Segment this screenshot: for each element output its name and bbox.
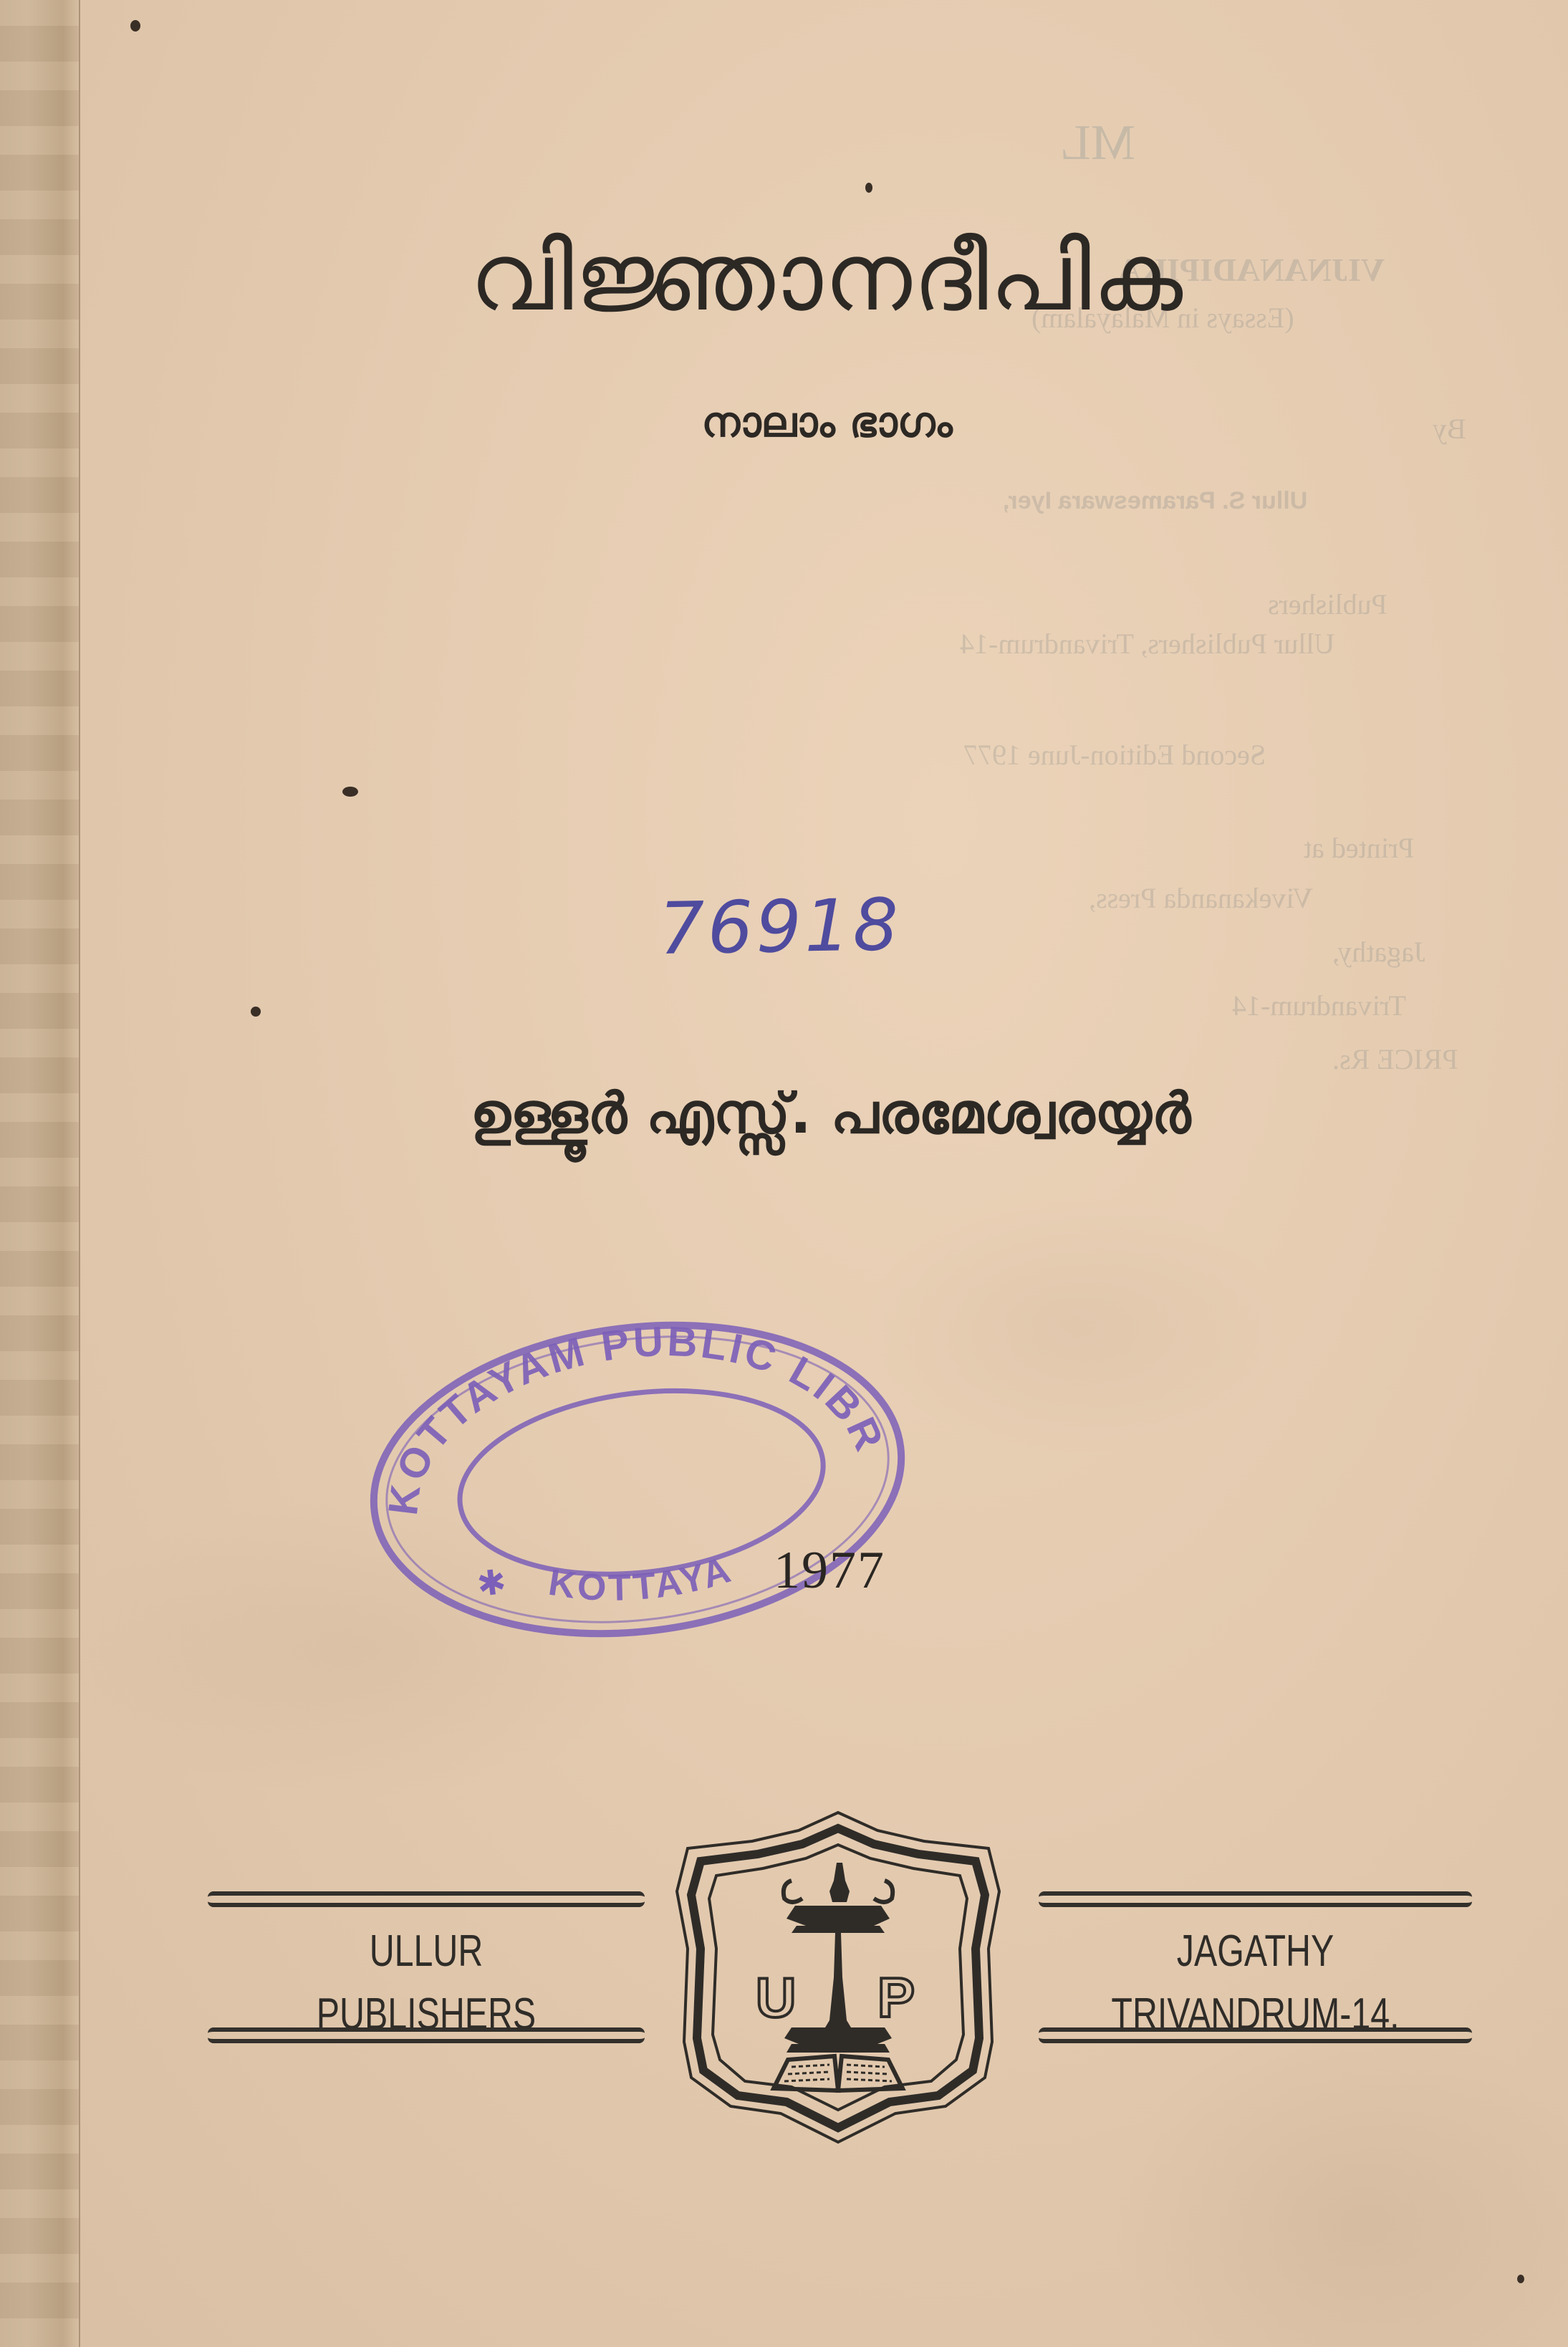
double-rule xyxy=(208,2027,645,2043)
bleed-line: Second Edition-June 1977 xyxy=(963,738,1266,772)
pencil-mark: ML xyxy=(1060,115,1135,172)
bleed-line: Publishers xyxy=(1268,587,1387,621)
svg-text:U: U xyxy=(756,1966,796,2029)
stamp-star-icon: ✱ xyxy=(475,1562,509,1605)
publisher-address-block: JAGATHY TRIVANDRUM-14. xyxy=(1039,1891,1472,2035)
publication-year: 1977 xyxy=(774,1540,885,1601)
lamp-and-book-emblem-icon: U P xyxy=(666,1805,1010,2149)
ink-speck xyxy=(342,787,358,797)
volume-label: നാലാം ഭാഗം xyxy=(0,398,1568,447)
ink-speck xyxy=(1517,2275,1524,2283)
bleed-line: Ullur S. Parameswara Iyer, xyxy=(1003,487,1307,515)
book-title: വിജ്ഞാനദീപിക xyxy=(0,222,1568,334)
double-rule xyxy=(1039,1891,1472,1907)
bleed-line: Trivandrum-14 xyxy=(1232,989,1406,1022)
library-stamp: KOTTAYAM PUBLIC LIBRARY KOTTAYAM. ✱ xyxy=(348,1290,927,1669)
bleed-line: Vivekananda Press, xyxy=(1089,881,1313,915)
bleed-line: PRICE Rs. xyxy=(1332,1042,1458,1076)
bleed-line: Printed at xyxy=(1304,831,1414,865)
bleed-line: Jagathy, xyxy=(1332,935,1425,969)
double-rule xyxy=(1039,2027,1472,2043)
ink-speck xyxy=(251,1007,261,1017)
ink-speck xyxy=(130,20,140,32)
accession-number: 76918 xyxy=(658,883,902,971)
svg-text:P: P xyxy=(877,1966,915,2029)
stamp-oval-icon: KOTTAYAM PUBLIC LIBRARY KOTTAYAM. ✱ xyxy=(348,1290,927,1669)
bleed-line: Ullur Publishers, Trivandrum-14 xyxy=(960,627,1334,661)
publisher-logo: U P xyxy=(666,1805,1010,2149)
binding-strip xyxy=(0,0,80,2347)
ink-speck xyxy=(865,183,872,193)
title-page: ML VIJNANADIPIKA (Essays in Malayalam) B… xyxy=(0,0,1568,2347)
publisher-name-block: ULLUR PUBLISHERS xyxy=(208,1891,645,2035)
author-name: ഉള്ളൂർ എസ്സ്. പരമേശ്വരയ്യർ xyxy=(0,1082,1568,1147)
double-rule xyxy=(208,1891,645,1907)
